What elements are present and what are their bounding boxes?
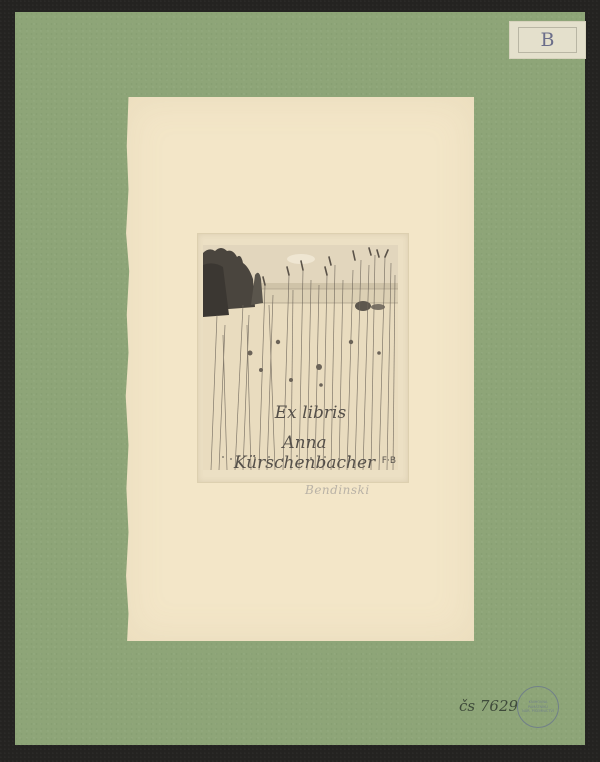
inventory-number: čs 7629 xyxy=(459,697,518,715)
stamp-line-3: NÁR. PÍSEMNICTVÍ xyxy=(522,709,554,714)
artist-monogram: F·B xyxy=(382,456,396,466)
artist-pencil-signature: Bendinski xyxy=(305,483,370,497)
library-stamp-icon: KNIHOVNA PAMÁTNÍKU NÁR. PÍSEMNICTVÍ xyxy=(517,686,559,728)
etching-image: Ex libris Anna Kürschenbacher xyxy=(203,245,398,470)
catalog-label: B xyxy=(510,22,585,58)
etching-plate: Ex libris Anna Kürschenbacher F·B xyxy=(198,234,408,482)
owner-name: Anna Kürschenbacher xyxy=(211,433,398,473)
catalog-letter: B xyxy=(518,27,577,53)
ex-libris-heading: Ex libris xyxy=(223,403,398,423)
